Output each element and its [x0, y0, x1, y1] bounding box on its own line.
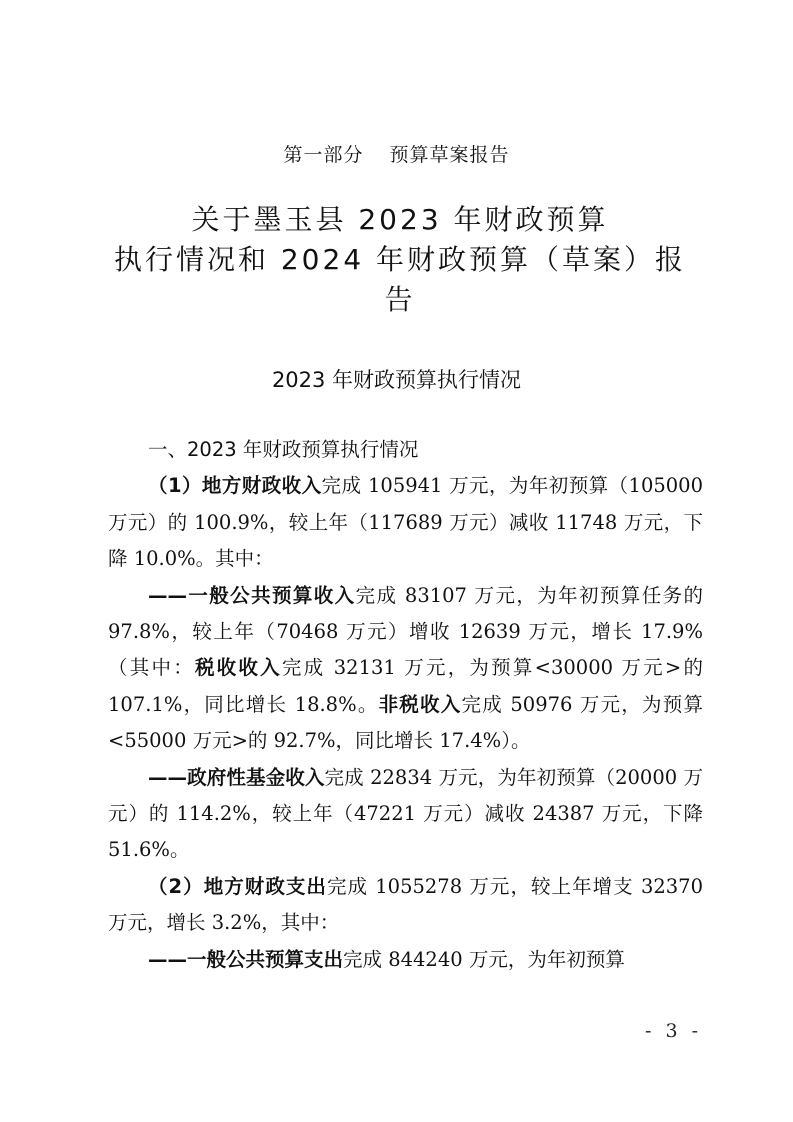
term-general-budget-expenditure: ——一般公共预算支出 [148, 948, 343, 971]
document-title: 关于墨玉县 2023 年财政预算 执行情况和 2024 年财政预算（草案）报 告 [100, 200, 700, 320]
term-general-budget-revenue: ——一般公共预算收入 [148, 584, 356, 607]
section-heading: 一、2023 年财政预算执行情况 [108, 432, 703, 468]
document-subtitle: 2023 年财政预算执行情况 [0, 364, 793, 394]
term-tax-revenue: 税收收入 [195, 656, 282, 679]
part-name: 预算草案报告 [390, 144, 510, 166]
paragraph-general-budget-revenue: ——一般公共预算收入完成 83107 万元，为年初预算任务的 97.8%，较上年… [108, 578, 703, 760]
paragraph-text: 完成 844240 万元，为年初预算 [343, 948, 625, 971]
term-local-expenditure: （2）地方财政支出 [148, 875, 327, 898]
title-line-1: 关于墨玉县 2023 年财政预算 [100, 200, 700, 240]
term-government-fund-revenue: ——政府性基金收入 [148, 766, 325, 789]
paragraph-government-fund-revenue: ——政府性基金收入完成 22834 万元，为年初预算（20000 万元）的 11… [108, 760, 703, 869]
paragraph-general-budget-expenditure: ——一般公共预算支出完成 844240 万元，为年初预算 [108, 942, 703, 978]
part-label: 第一部分 [283, 144, 363, 166]
paragraph-local-expenditure: （2）地方财政支出完成 1055278 万元，较上年增支 32370 万元，增长… [108, 869, 703, 942]
document-page: 第一部分预算草案报告 关于墨玉县 2023 年财政预算 执行情况和 2024 年… [0, 0, 793, 1122]
term-non-tax-revenue: 非税收入 [379, 693, 462, 716]
title-line-3: 告 [100, 280, 700, 320]
title-line-2: 执行情况和 2024 年财政预算（草案）报 [100, 240, 700, 280]
part-heading: 第一部分预算草案报告 [0, 140, 793, 167]
page-number: - 3 - [645, 1020, 702, 1042]
document-body: 一、2023 年财政预算执行情况 （1）地方财政收入完成 105941 万元，为… [108, 432, 703, 978]
paragraph-local-revenue: （1）地方财政收入完成 105941 万元，为年初预算（105000 万元）的 … [108, 468, 703, 577]
term-local-revenue: （1）地方财政收入 [148, 474, 322, 497]
